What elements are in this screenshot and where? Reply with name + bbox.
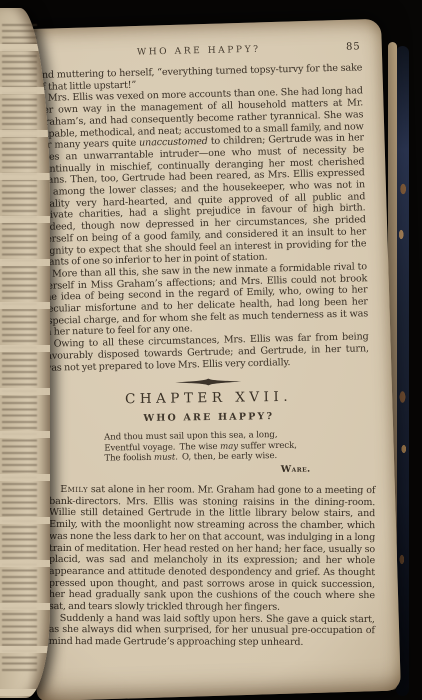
epigraph-verse: And thou must sail upon this sea, a long… <box>104 429 372 465</box>
text-segment: Ware. <box>281 464 311 475</box>
paragraph: Owing to all these circumstances, Mrs. E… <box>43 331 370 374</box>
chapter-title: CHAPTER XVII. <box>45 388 371 409</box>
text-segment: suffer wreck, <box>238 441 297 452</box>
epigraph-line: The foolish must. O, then, be early wise… <box>104 450 372 465</box>
text-segment: sat alone in her room. Mr. Graham had go… <box>49 484 375 613</box>
facing-page-edge <box>0 8 50 698</box>
chapter-heading-block: CHAPTER XVII. WHO ARE HAPPY? And thou mu… <box>45 376 372 479</box>
upper-text-block: WHO ARE HAPPY? 85 and muttering to herse… <box>36 42 370 374</box>
chapter-subtitle: WHO ARE HAPPY? <box>46 410 372 426</box>
paragraph: Mrs. Ellis was vexed on more accounts th… <box>37 86 367 269</box>
text-segment: The foolish <box>104 453 154 464</box>
running-title: WHO ARE HAPPY? <box>36 42 362 60</box>
paragraphs-body: Emily sat alone in her room. Mr. Graham … <box>49 484 376 649</box>
text-segment: . O, then, be early wise. <box>175 451 277 463</box>
text-segment: to children; Gertrude was in her eyes an… <box>38 133 366 269</box>
lower-text-block: Emily sat alone in her room. Mr. Graham … <box>49 484 376 649</box>
epigraph-attribution: Ware. <box>47 464 311 479</box>
text-segment: Owing to all these circumstances, Mrs. E… <box>43 331 369 373</box>
text-segment: unaccustomed <box>139 136 208 149</box>
text-segment: More than all this, she saw in the new i… <box>41 261 368 338</box>
running-header: WHO ARE HAPPY? 85 <box>36 42 362 63</box>
text-segment: Emily <box>60 484 88 495</box>
photo-stage: WHO ARE HAPPY? 85 and muttering to herse… <box>0 0 422 700</box>
text-segment: must <box>154 453 175 463</box>
paragraph: More than all this, she saw in the new i… <box>41 261 369 339</box>
page-number: 85 <box>346 41 361 52</box>
text-segment: Suddenly a hand was laid softly upon her… <box>49 613 375 648</box>
section-divider-ornament <box>45 376 371 389</box>
paragraphs-top: and muttering to herself, “everything tu… <box>36 62 369 374</box>
paragraph: Suddenly a hand was laid softly upon her… <box>49 613 375 649</box>
book-page: WHO ARE HAPPY? 85 and muttering to herse… <box>17 19 401 700</box>
paragraph: Emily sat alone in her room. Mr. Graham … <box>49 484 375 614</box>
text-segment: may <box>220 441 238 451</box>
epigraph: And thou must sail upon this sea, a long… <box>46 429 373 479</box>
